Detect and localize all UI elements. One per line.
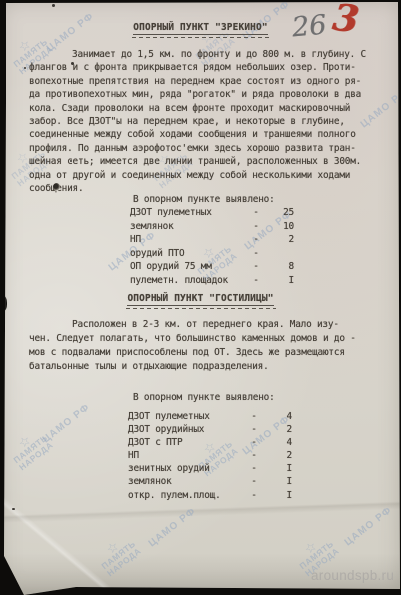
handwritten-page-number-pencil: 26: [291, 10, 328, 44]
item-label: откр. пулем.площ.: [128, 489, 246, 502]
item-label: землянок: [130, 220, 248, 234]
typed-content: ОПОРНЫЙ ПУНКТ "ЗРЕКИНО" Занимает до 1,5 …: [0, 0, 401, 595]
item-label: НП: [130, 233, 248, 247]
item-dash: -: [246, 449, 262, 462]
item-dash: -: [248, 233, 264, 247]
list-item: ДЗОТ орудийных - 2: [128, 423, 292, 436]
item-value: 4: [262, 410, 292, 423]
list-item: ДЗОТ пулеметных - 4: [128, 410, 292, 423]
paper-speck: [24, 67, 26, 69]
edge-stain: [0, 296, 7, 311]
section-title-text: ОПОРНЫЙ ПУНКТ "ГОСТИЛИЦЫ": [127, 293, 273, 306]
item-dash: -: [246, 410, 262, 423]
item-value: I: [262, 462, 292, 475]
paper-speck: [71, 62, 74, 65]
item-label: землянок: [128, 475, 246, 488]
title-dashed-underline: [126, 308, 276, 309]
item-value: I: [262, 475, 292, 488]
item-value: 2: [264, 233, 294, 247]
item-value: 8: [264, 260, 294, 274]
item-dash: -: [246, 423, 262, 436]
item-dash: -: [248, 260, 264, 274]
list-item: ОП орудий 75 мм - 8: [130, 260, 294, 274]
item-dash: -: [248, 206, 264, 220]
item-label: НП: [128, 449, 246, 462]
section-title-gostilitsy: ОПОРНЫЙ ПУНКТ "ГОСТИЛИЦЫ": [0, 293, 401, 304]
item-label: ДЗОТ с ПТР: [128, 436, 246, 449]
item-label: ДЗОТ пулеметных: [130, 206, 248, 220]
item-dash: -: [248, 220, 264, 234]
item-label: пулеметн. площадок: [130, 274, 248, 288]
item-value: 10: [264, 220, 294, 234]
item-value: 25: [264, 206, 294, 220]
list-item: землянок - I: [128, 475, 292, 488]
list-item: орудий ПТО -: [130, 247, 294, 261]
list-item: откр. пулем.площ. - I: [128, 489, 292, 502]
item-label: ДЗОТ орудийных: [128, 423, 246, 436]
strongpoint-inventory-list: ДЗОТ пулеметных - 4 ДЗОТ орудийных - 2 Д…: [128, 410, 292, 502]
section-paragraph: Занимает до 1,5 км. по фронту и до 800 м…: [29, 48, 379, 195]
list-item: ДЗОТ с ПТР - 4: [128, 436, 292, 449]
list-item: ДЗОТ пулеметных - 25: [130, 206, 294, 220]
paper-speck: [70, 160, 72, 162]
list-item: землянок - 10: [130, 220, 294, 234]
section-paragraph: Расположен в 2-3 км. от переднего края. …: [29, 318, 379, 374]
list-item: пулеметн. площадок - I: [130, 274, 294, 288]
item-dash: -: [246, 489, 262, 502]
item-value: 4: [262, 436, 292, 449]
list-item: НП - 2: [130, 233, 294, 247]
item-value: I: [264, 274, 294, 288]
item-value: 2: [262, 449, 292, 462]
item-label: орудий ПТО: [130, 247, 248, 261]
item-value: [264, 247, 294, 261]
item-dash: -: [248, 274, 264, 288]
list-intro: В опорном пункте выявлено:: [133, 392, 275, 404]
item-value: I: [262, 489, 292, 502]
punch-hole: [53, 183, 60, 191]
item-dash: -: [246, 436, 262, 449]
item-label: ОП орудий 75 мм: [130, 260, 248, 274]
scanned-document-page: { "document": { "kind": "typewritten arc…: [0, 0, 401, 595]
site-watermark: aroundspb.ru: [311, 568, 394, 583]
strongpoint-inventory-list: ДЗОТ пулеметных - 25 землянок - 10 НП - …: [130, 206, 294, 287]
item-dash: -: [246, 475, 262, 488]
item-dash: -: [246, 462, 262, 475]
item-dash: -: [248, 247, 264, 261]
item-value: 2: [262, 423, 292, 436]
list-item: НП - 2: [128, 449, 292, 462]
list-item: зенитных орудий - I: [128, 462, 292, 475]
item-label: зенитных орудий: [128, 462, 246, 475]
list-intro: В опорном пункте выявлено:: [133, 194, 275, 206]
title-dashed-underline: [132, 37, 270, 38]
section-title-text: ОПОРНЫЙ ПУНКТ "ЗРЕКИНО": [133, 22, 267, 35]
paper-sheet: ЦАМО РФ ЦАМО РФ ЦАМО РФ ЦАМО РФ ЦАМО РФ …: [0, 0, 401, 595]
handwritten-page-number-red: 3: [330, 0, 361, 41]
paper-speck: [52, 4, 55, 7]
paper-speck: [12, 508, 15, 510]
item-label: ДЗОТ пулеметных: [128, 410, 246, 423]
